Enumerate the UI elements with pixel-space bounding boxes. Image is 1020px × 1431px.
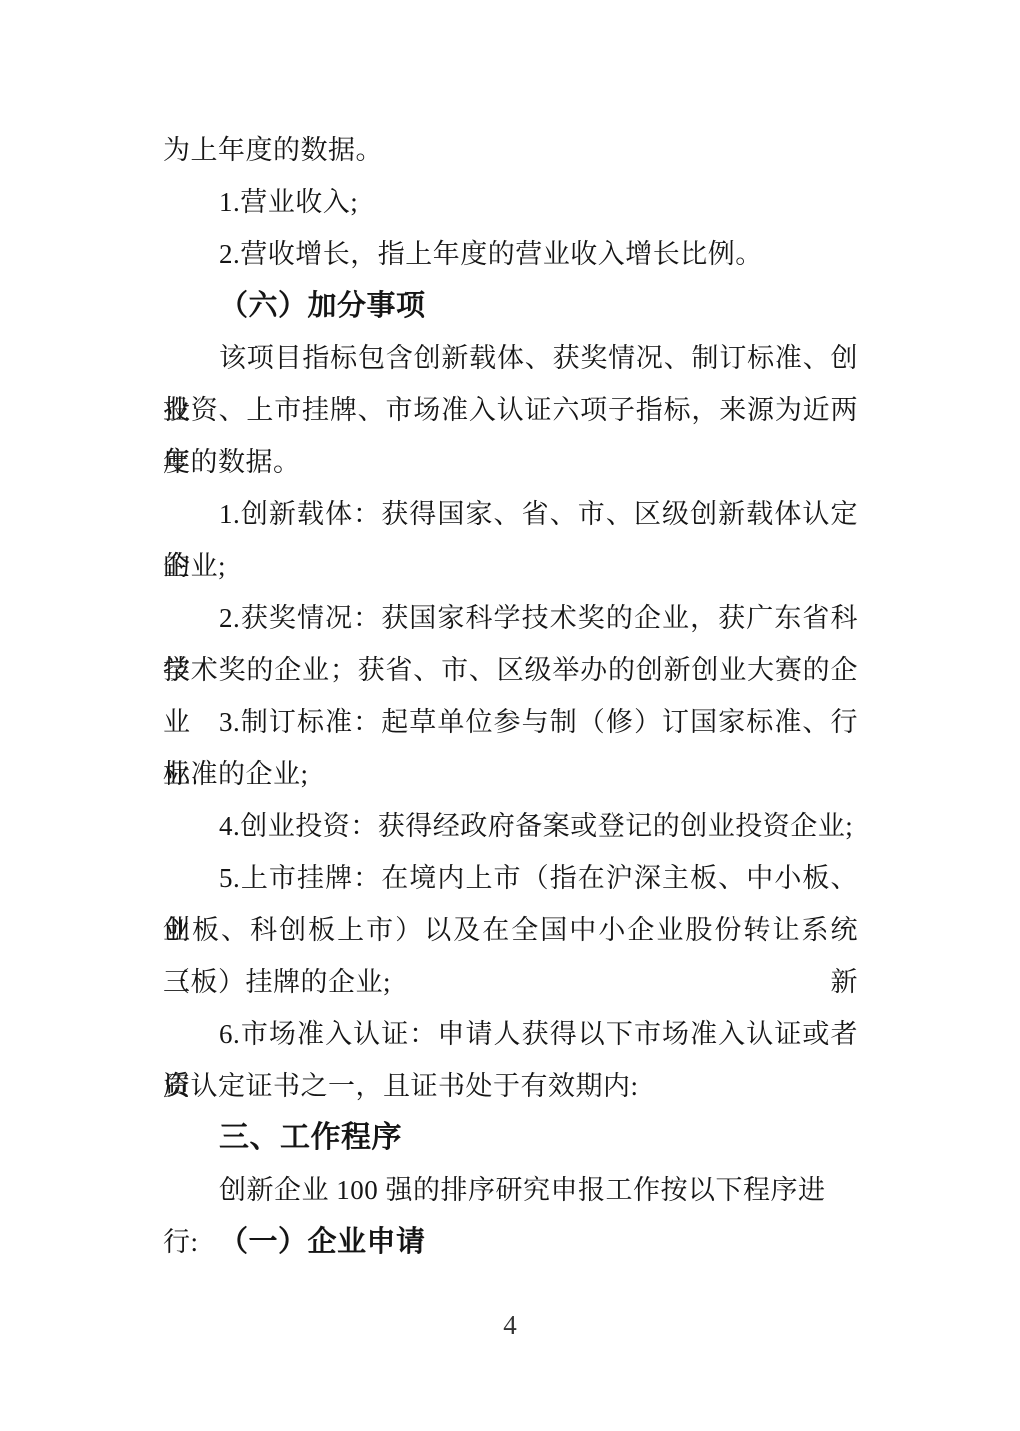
text-line: 3.制订标准：起草单位参与制（修）订国家标准、行业 [163, 696, 858, 748]
text-line: 4.创业投资：获得经政府备案或登记的创业投资企业; [163, 800, 858, 852]
text-line: 企业; [163, 540, 858, 592]
text-line: 技术奖的企业；获省、市、区级举办的创新创业大赛的企业 [163, 644, 858, 696]
text-line: 标准的企业; [163, 748, 858, 800]
text-line: 6.市场准入认证：申请人获得以下市场准入认证或者资 [163, 1008, 858, 1060]
text-line: 2.获奖情况：获国家科学技术奖的企业，获广东省科学 [163, 592, 858, 644]
document-body: 为上年度的数据。1.营业收入;2.营收增长，指上年度的营业收入增长比例。（六）加… [163, 124, 858, 1268]
section-heading: （六）加分事项 [163, 280, 858, 332]
text-line: 该项目指标包含创新载体、获奖情况、制订标准、创业 [163, 332, 858, 384]
text-line: 投资、上市挂牌、市场准入认证六项子指标，来源为近两年 [163, 384, 858, 436]
text-line: 度的数据。 [163, 436, 858, 488]
section-heading: （一）企业申请 [163, 1216, 858, 1268]
text-line: 创新企业 100 强的排序研究申报工作按以下程序进行: [163, 1164, 858, 1216]
text-line: 业板、科创板上市）以及在全国中小企业股份转让系统（新 [163, 904, 858, 956]
page-number: 4 [0, 1310, 1020, 1341]
text-line: 质认定证书之一，且证书处于有效期内: [163, 1060, 858, 1112]
text-line: 1.创新载体：获得国家、省、市、区级创新载体认定的 [163, 488, 858, 540]
section-heading: 三、工作程序 [163, 1112, 858, 1164]
text-line: 为上年度的数据。 [163, 124, 858, 176]
text-line: 5.上市挂牌：在境内上市（指在沪深主板、中小板、创 [163, 852, 858, 904]
text-line: 2.营收增长，指上年度的营业收入增长比例。 [163, 228, 858, 280]
text-line: 1.营业收入; [163, 176, 858, 228]
document-page: 为上年度的数据。1.营业收入;2.营收增长，指上年度的营业收入增长比例。（六）加… [0, 0, 1020, 1431]
